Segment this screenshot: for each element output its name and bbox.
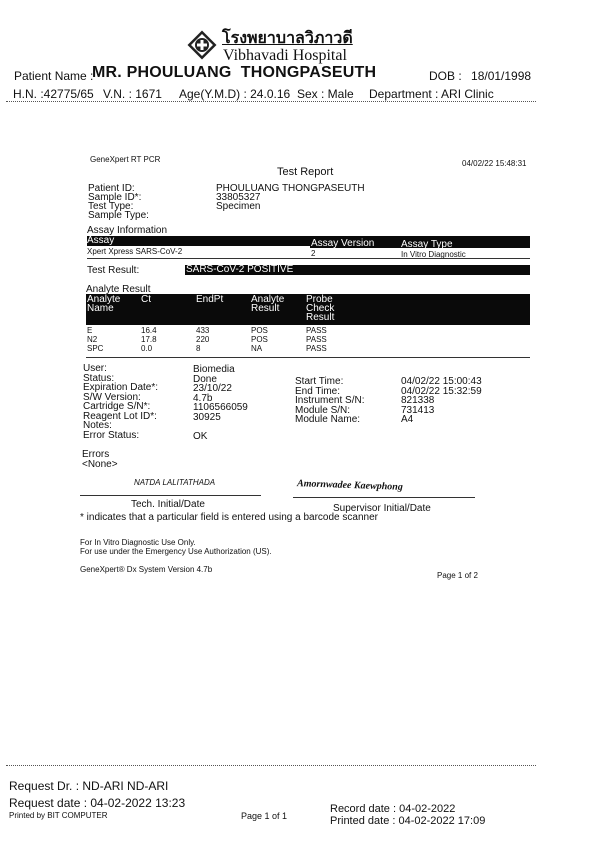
request-date: Request date : 04-02-2022 13:23	[9, 796, 185, 810]
record-date: Record date : 04-02-2022	[330, 803, 455, 815]
report-system: GeneXpert RT PCR	[90, 155, 160, 164]
test-result-value: SARS-CoV-2 POSITIVE	[186, 264, 293, 275]
analyte-header-cell: Probe Check Result	[306, 295, 334, 322]
dob-value: 18/01/1998	[471, 69, 531, 83]
assay-divider	[87, 258, 530, 259]
sex: Sex : Male	[297, 87, 354, 101]
patient-name-label: Patient Name :	[14, 69, 93, 83]
analyte-cell: 0.0	[141, 344, 152, 353]
detail-label: Module Name:	[295, 414, 360, 425]
analyte-header-cell: Analyte Name	[87, 295, 120, 313]
analyte-header-cell: Analyte Result	[251, 295, 284, 313]
barcode-note: * indicates that a particular field is e…	[80, 512, 378, 523]
hospital-logo-icon	[187, 30, 217, 60]
analyte-cell: E	[87, 326, 92, 335]
footer-divider	[6, 765, 536, 766]
analyte-divider	[86, 357, 530, 358]
analyte-cell: SPC	[87, 344, 103, 353]
analyte-header-cell: EndPt	[196, 295, 223, 304]
patient-field-label: Sample Type:	[88, 210, 149, 221]
supervisor-signature: Amornwadee Kaewphong	[297, 478, 403, 493]
tech-signature-line	[80, 495, 261, 496]
analyte-cell: POS	[251, 326, 268, 335]
test-result-label: Test Result:	[87, 265, 139, 276]
analyte-cell: PASS	[306, 326, 327, 335]
analyte-cell: 220	[196, 335, 209, 344]
analyte-cell: POS	[251, 335, 268, 344]
header-divider	[6, 101, 536, 102]
department: Department : ARI Clinic	[369, 87, 494, 101]
patient-name-value: MR. PHOULUANG THONGPASEUTH	[92, 64, 376, 82]
detail-value: OK	[193, 431, 207, 442]
detail-label: Error Status:	[83, 430, 139, 441]
request-doctor: Request Dr. : ND-ARI ND-ARI	[9, 779, 168, 793]
printed-date: Printed date : 04-02-2022 17:09	[330, 815, 485, 827]
analyte-header-cell: Ct	[141, 295, 151, 304]
dob: DOB : 18/01/1998	[429, 69, 531, 83]
report-title: Test Report	[277, 166, 333, 178]
tech-signature: NATDA LALITATHADA	[134, 478, 215, 487]
hospital-name-english: Vibhavadi Hospital	[223, 47, 347, 65]
analyte-cell: NA	[251, 344, 262, 353]
supervisor-signature-line	[293, 497, 475, 498]
detail-value: A4	[401, 414, 413, 425]
analyte-cell: 16.4	[141, 326, 157, 335]
report-timestamp: 04/02/22 15:48:31	[462, 159, 527, 168]
system-version: GeneXpert® Dx System Version 4.7b	[80, 565, 212, 574]
errors-value: <None>	[82, 459, 118, 470]
detail-value: 30925	[193, 412, 221, 423]
assay-header-version: Assay Version	[311, 238, 374, 249]
analyte-cell: 8	[196, 344, 200, 353]
tech-caption: Tech. Initial/Date	[131, 499, 205, 510]
assay-name: Xpert Xpress SARS-CoV-2	[87, 247, 182, 256]
hn: H.N. :42775/65	[13, 87, 94, 101]
printed-by: Printed by BIT COMPUTER	[9, 811, 108, 820]
analyte-cell: 17.8	[141, 335, 157, 344]
analyte-cell: 433	[196, 326, 209, 335]
analyte-cell: PASS	[306, 344, 327, 353]
disclaimer-ivd: For In Vitro Diagnostic Use Only.	[80, 538, 196, 547]
disclaimer-eua: For use under the Emergency Use Authoriz…	[80, 547, 272, 556]
analyte-cell: PASS	[306, 335, 327, 344]
age: Age(Y.M.D) : 24.0.16	[179, 87, 290, 101]
report-page: Page 1 of 2	[437, 571, 478, 580]
assay-version: 2	[311, 249, 315, 258]
footer-page: Page 1 of 1	[241, 811, 287, 821]
patient-field-value: Specimen	[216, 201, 260, 212]
analyte-cell: N2	[87, 335, 97, 344]
vn: V.N. : 1671	[103, 87, 162, 101]
assay-header-assay: Assay	[87, 235, 114, 246]
assay-header-type: Assay Type	[401, 239, 453, 250]
dob-label: DOB :	[429, 69, 462, 83]
